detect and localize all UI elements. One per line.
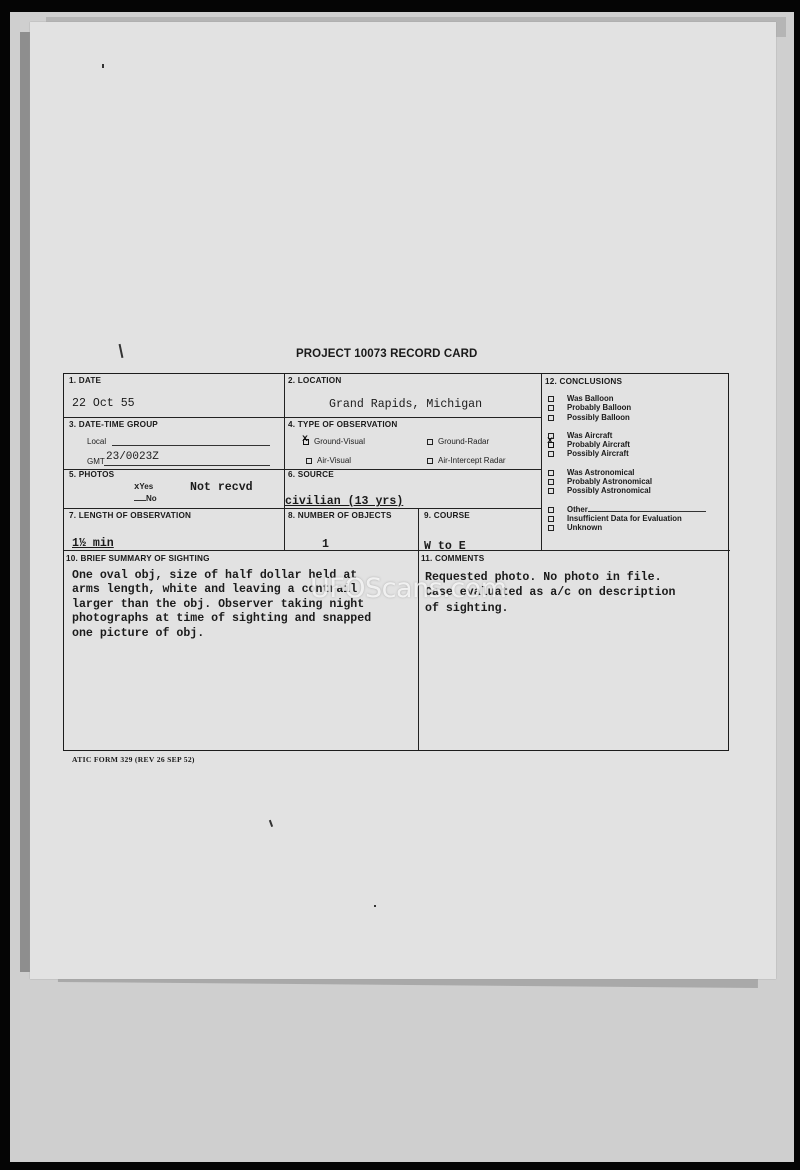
gmt-field: [104, 465, 270, 466]
checkbox-icon: [548, 525, 554, 531]
date-time-group-label: 3. DATE-TIME GROUP: [69, 420, 158, 429]
other-blank-line: [588, 505, 706, 512]
checkbox-icon: [548, 470, 554, 476]
source-value: civilian (13 yrs): [285, 495, 403, 508]
photos-no-option: No: [134, 494, 157, 503]
number-of-objects-value: 1: [322, 538, 329, 551]
divider: [284, 374, 285, 551]
conclusion-other: Other: [548, 505, 706, 514]
form-number: ATIC FORM 329 (REV 26 SEP 52): [72, 755, 195, 764]
course-value: W to E: [424, 540, 466, 553]
length-of-observation-value: 1½ min: [72, 537, 114, 550]
brief-summary-label: 10. BRIEF SUMMARY OF SIGHTING: [66, 554, 210, 563]
location-value: Grand Rapids, Michigan: [329, 398, 482, 411]
conclusion-possibly-balloon: Possibly Balloon: [548, 413, 706, 422]
conclusion-possibly-astronomical: Possibly Astronomical: [548, 486, 706, 495]
conclusion-probably-aircraft: Probably Aircraft: [548, 440, 706, 449]
checkbox-icon: [548, 488, 554, 494]
checkbox-icon: [306, 458, 312, 464]
strike-mark-icon: [134, 500, 146, 501]
gmt-value: 23/0023Z: [106, 451, 159, 463]
photos-label: 5. PHOTOS: [69, 470, 114, 479]
location-label: 2. LOCATION: [288, 376, 341, 385]
checkbox-icon: [427, 439, 433, 445]
conclusion-probably-balloon: Probably Balloon: [548, 403, 706, 412]
checkbox-icon: [548, 405, 554, 411]
photos-note: Not recvd: [190, 481, 253, 494]
checkbox-icon: [548, 516, 554, 522]
type-of-observation-label: 4. TYPE OF OBSERVATION: [288, 420, 398, 429]
card-title: PROJECT 10073 RECORD CARD: [296, 348, 496, 360]
divider: [64, 550, 730, 551]
option-air-visual: Air-Visual: [306, 456, 351, 465]
local-time-label: Local: [87, 437, 106, 446]
conclusion-probably-astronomical: Probably Astronomical: [548, 477, 706, 486]
checkbox-icon: [548, 479, 554, 485]
number-of-objects-label: 8. NUMBER OF OBJECTS: [288, 511, 392, 520]
local-time-field: [112, 445, 270, 446]
gmt-label: GMT: [87, 457, 105, 466]
checkbox-icon: [548, 451, 554, 457]
conclusion-was-astronomical: Was Astronomical: [548, 468, 706, 477]
divider: [64, 508, 542, 509]
conclusion-was-aircraft: Was Aircraft: [548, 431, 706, 440]
conclusion-insufficient-data: Insufficient Data for Evaluation: [548, 514, 706, 523]
option-ground-radar: Ground-Radar: [427, 437, 489, 446]
scan-speck: [374, 905, 376, 907]
conclusions-list: Was Balloon Probably Balloon Possibly Ba…: [548, 394, 706, 533]
option-air-intercept-radar: Air-Intercept Radar: [427, 456, 506, 465]
course-label: 9. COURSE: [424, 511, 470, 520]
conclusions-label: 12. CONCLUSIONS: [545, 377, 622, 386]
divider: [418, 508, 419, 750]
length-of-observation-label: 7. LENGTH OF OBSERVATION: [69, 511, 191, 520]
checkbox-icon: [548, 396, 554, 402]
divider: [541, 374, 542, 551]
date-label: 1. DATE: [69, 376, 101, 385]
checkbox-icon: [427, 458, 433, 464]
scan-speck: [102, 64, 104, 68]
conclusion-was-balloon: Was Balloon: [548, 394, 706, 403]
source-label: 6. SOURCE: [288, 470, 334, 479]
conclusion-possibly-aircraft: Possibly Aircraft: [548, 449, 706, 458]
date-value: 22 Oct 55: [72, 397, 135, 410]
divider: [64, 417, 542, 418]
checkbox-checked-icon: [303, 439, 309, 445]
comments-label: 11. COMMENTS: [421, 554, 484, 563]
checkbox-icon: [548, 507, 554, 513]
checkbox-icon: [548, 415, 554, 421]
checkbox-checked-icon: [548, 442, 554, 448]
option-ground-visual: Ground-Visual: [303, 437, 365, 446]
watermark: UFOScans.com: [310, 573, 507, 604]
conclusion-unknown: Unknown: [548, 523, 706, 532]
photos-yes-option: xYes: [134, 482, 153, 492]
